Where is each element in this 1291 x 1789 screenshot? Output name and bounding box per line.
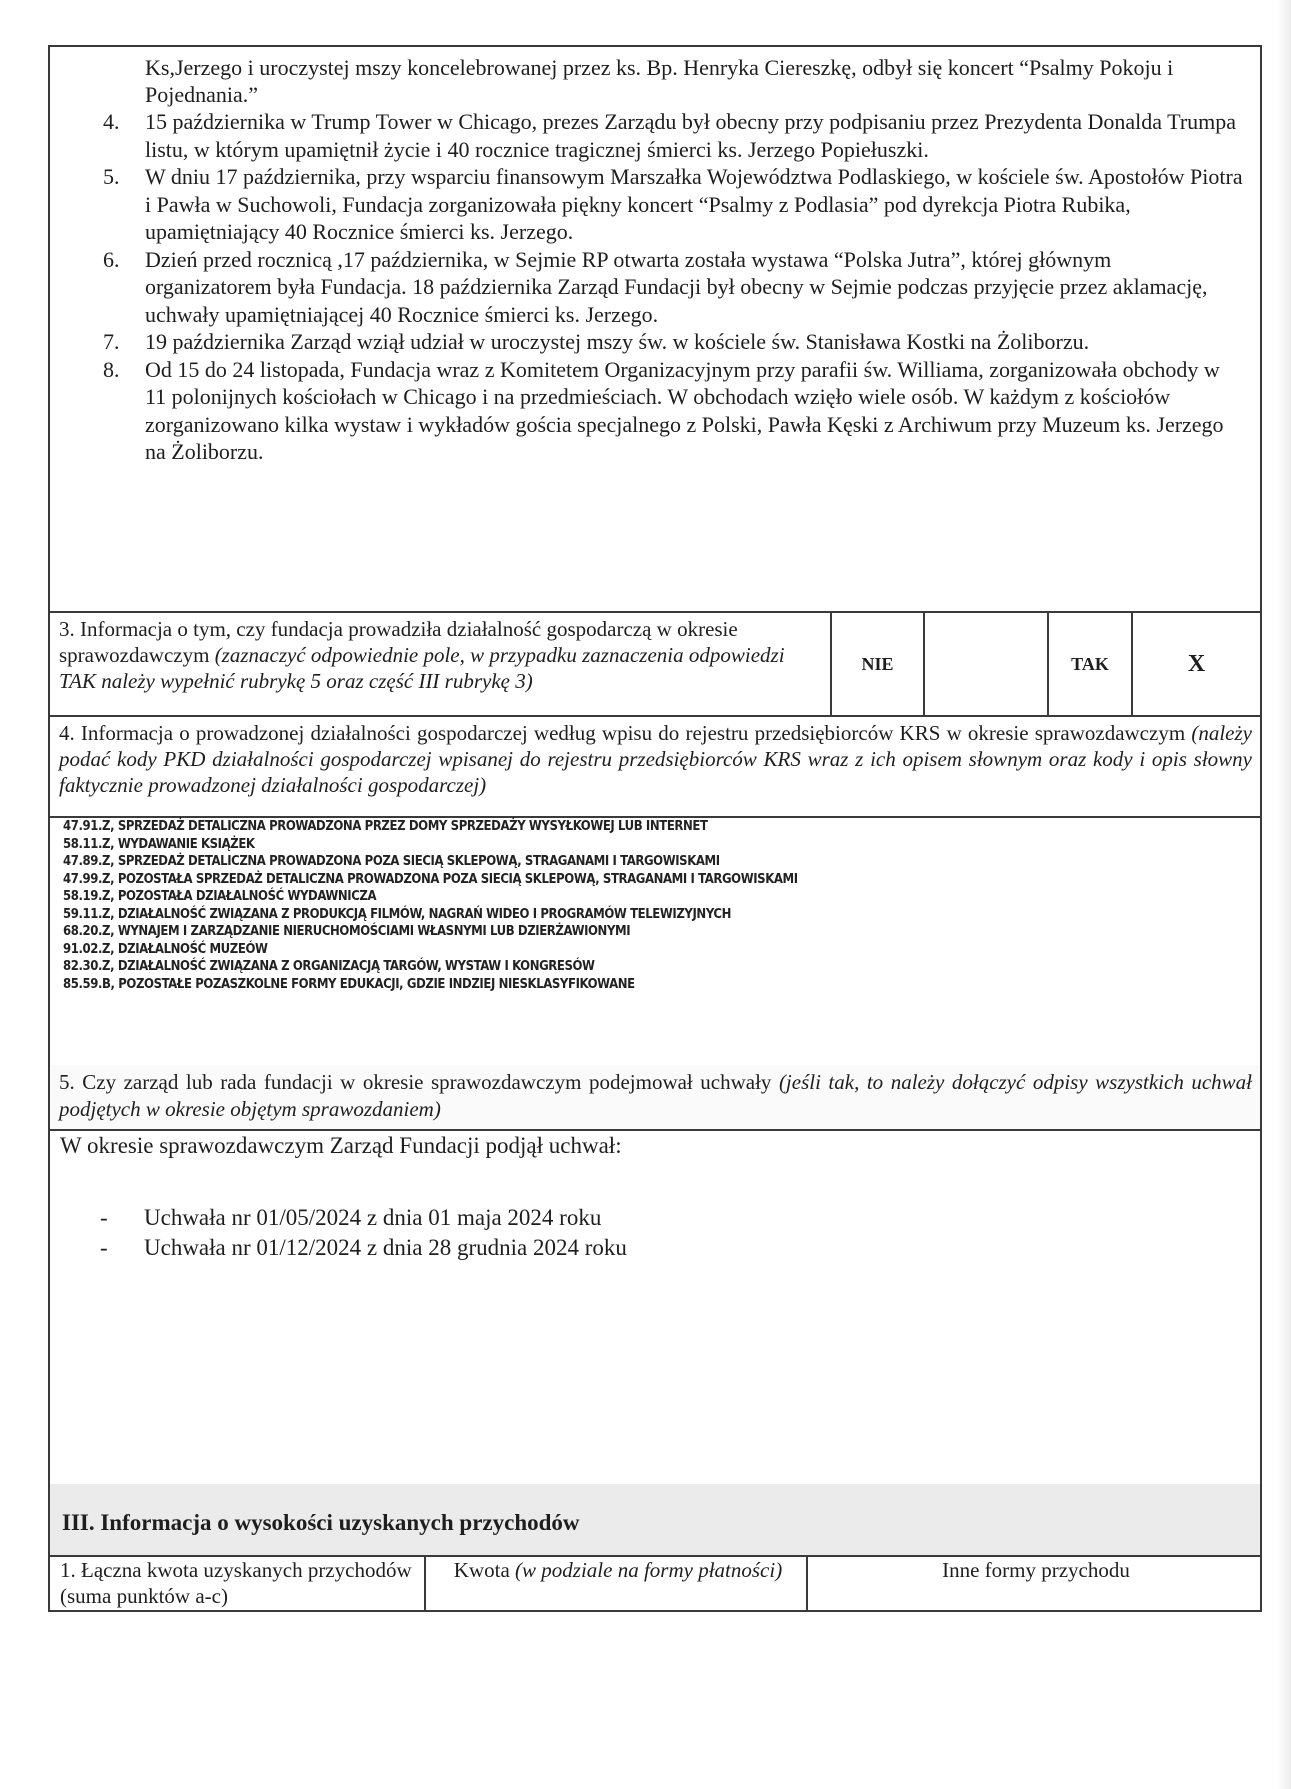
total-revenue-label: 1. Łączna kwota uzyskanych przychodów (s… xyxy=(50,1555,426,1610)
resolutions-list: -Uchwała nr 01/05/2024 z dnia 01 maja 20… xyxy=(100,1203,627,1263)
pkd-code: 47.91.Z, SPRZEDAŻ DETALICZNA PROWADZONA … xyxy=(63,818,1260,836)
resolutions-answer-box: W okresie sprawozdawczym Zarząd Fundacji… xyxy=(48,1129,1262,1486)
other-revenue-column-header: Inne formy przychodu xyxy=(808,1555,1260,1610)
pkd-code: 47.99.Z, POZOSTAŁA SPRZEDAŻ DETALICZNA P… xyxy=(63,871,1260,889)
resolutions-lead: W okresie sprawozdawczym Zarząd Fundacji… xyxy=(60,1133,622,1159)
activities-list: 4.15 października w Trump Tower w Chicag… xyxy=(103,108,1243,466)
list-item: -Uchwała nr 01/12/2024 z dnia 28 grudnia… xyxy=(100,1233,627,1263)
pkd-code: 58.11.Z, WYDAWANIE KSIĄŻEK xyxy=(63,836,1260,854)
pkd-code: 85.59.B, POZOSTAŁE POZASZKOLNE FORMY EDU… xyxy=(63,976,1260,994)
list-item: 6.Dzień przed rocznicą ,17 października,… xyxy=(103,246,1243,329)
list-item: 8.Od 15 do 24 listopada, Fundacja wraz z… xyxy=(103,356,1243,466)
pkd-code: 47.89.Z, SPRZEDAŻ DETALICZNA PROWADZONA … xyxy=(63,853,1260,871)
list-item: 5.W dniu 17 października, przy wsparciu … xyxy=(103,163,1243,246)
list-item: 4.15 października w Trump Tower w Chicag… xyxy=(103,108,1243,163)
business-activity-question: 3. Informacja o tym, czy fundacja prowad… xyxy=(50,613,832,715)
list-item: 7.19 października Zarząd wziął udział w … xyxy=(103,328,1243,356)
part3-header: III. Informacja o wysokości uzyskanych p… xyxy=(48,1484,1262,1557)
no-label: NIE xyxy=(832,613,925,715)
pkd-code: 68.20.Z, WYNAJEM I ZARZĄDZANIE NIERUCHOM… xyxy=(63,923,1260,941)
pkd-code: 82.30.Z, DZIAŁALNOŚĆ ZWIĄZANA Z ORGANIZA… xyxy=(63,958,1260,976)
no-checkbox[interactable] xyxy=(925,613,1049,715)
pkd-codes-list: 47.91.Z, SPRZEDAŻ DETALICZNA PROWADZONA … xyxy=(48,816,1262,1067)
continuation-text: Ks,Jerzego i uroczystej mszy koncelebrow… xyxy=(145,54,1235,108)
amount-column-header: Kwota (w podziale na formy płatności) xyxy=(426,1555,808,1610)
pkd-code: 58.19.Z, POZOSTAŁA DZIAŁALNOŚĆ WYDAWNICZ… xyxy=(63,888,1260,906)
revenue-table-header: 1. Łączna kwota uzyskanych przychodów (s… xyxy=(48,1555,1262,1612)
activities-continuation-box: Ks,Jerzego i uroczystej mszy koncelebrow… xyxy=(48,45,1262,611)
pkd-question-row: 4. Informacja o prowadzonej działalności… xyxy=(48,715,1262,818)
list-item: -Uchwała nr 01/05/2024 z dnia 01 maja 20… xyxy=(100,1203,627,1233)
pkd-code: 91.02.Z, DZIAŁALNOŚĆ MUZEÓW xyxy=(63,941,1260,959)
yes-checkbox[interactable]: X xyxy=(1133,613,1260,715)
business-activity-row: 3. Informacja o tym, czy fundacja prowad… xyxy=(48,611,1262,717)
pkd-code: 59.11.Z, DZIAŁALNOŚĆ ZWIĄZANA Z PRODUKCJ… xyxy=(63,906,1260,924)
resolutions-question: 5. Czy zarząd lub rada fundacji w okresi… xyxy=(59,1069,1252,1123)
pkd-question: 4. Informacja o prowadzonej działalności… xyxy=(59,720,1252,798)
yes-label: TAK xyxy=(1049,613,1133,715)
part3-title: III. Informacja o wysokości uzyskanych p… xyxy=(62,1510,580,1536)
resolutions-question-row: 5. Czy zarząd lub rada fundacji w okresi… xyxy=(48,1065,1262,1131)
scan-edge-shadow xyxy=(1277,0,1291,1789)
